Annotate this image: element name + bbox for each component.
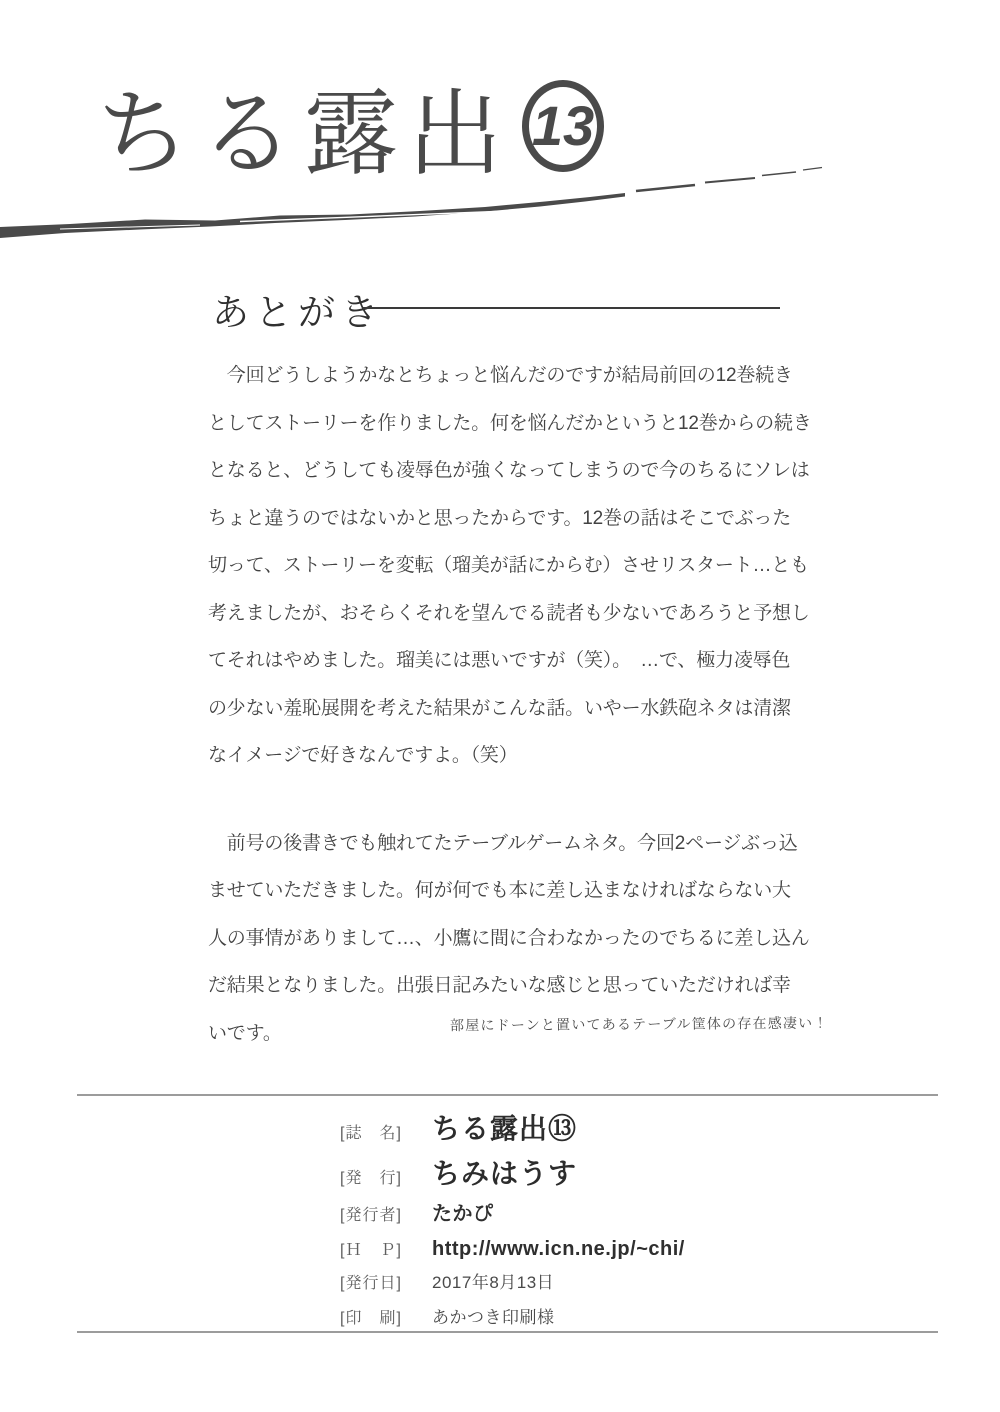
volume-number: 13	[532, 93, 594, 158]
text-line: としてストーリーを作りました。何を悩んだかというと12巻からの続き	[208, 400, 800, 448]
colophon: [誌 名]ちる露出⑬[発 行]ちみはうす[発行者]たかぴ[Ｈ Ｐ]http://…	[340, 1112, 685, 1342]
colophon-label: [印 刷]	[340, 1308, 432, 1330]
colophon-label: [発行者]	[340, 1203, 432, 1228]
book-title-text: ちる露出	[96, 58, 512, 193]
text-line: だ結果となりました。出張日記みたいな感じと思っていただければ幸	[208, 962, 800, 1010]
colophon-row: [誌 名]ちる露出⑬	[340, 1112, 685, 1151]
text-line: ませていただきました。何が何でも本に差し込まなければならない大	[208, 867, 800, 915]
colophon-value: ちみはうす	[432, 1157, 577, 1191]
colophon-label: [発行日]	[340, 1273, 432, 1295]
colophon-row: [印 刷]あかつき印刷様	[340, 1307, 685, 1330]
text-line: てそれはやめました。瑠美には悪いですが（笑）。 …で、極力凌辱色	[208, 637, 800, 685]
colophon-value: http://www.icn.ne.jp/~chi/	[432, 1237, 685, 1262]
colophon-label: [Ｈ Ｐ]	[340, 1238, 432, 1263]
afterword-body: 今回どうしようかなとちょっと悩んだのですが結局前回の12巻続きとしてストーリーを…	[208, 352, 800, 1057]
colophon-value: あかつき印刷様	[432, 1307, 555, 1329]
text-line: 人の事情がありまして…、小鷹に間に合わなかったのでちるに差し込ん	[208, 915, 800, 963]
text-line: の少ない羞恥展開を考えた結果がこんな話。いやー水鉄砲ネタは清潔	[208, 685, 800, 733]
colophon-label: [誌 名]	[340, 1117, 432, 1151]
colophon-label: [発 行]	[340, 1162, 432, 1196]
colophon-value: ちる露出⑬	[432, 1112, 577, 1146]
volume-number-badge: 13	[522, 80, 604, 172]
page: ちる露出 13 あとがき 今回どうしようかなとちょっと悩んだのですが結局前回の1…	[0, 0, 1000, 1412]
text-line: ちょと違うのではないかと思ったからです。12巻の話はそこでぶった	[208, 495, 800, 543]
colophon-top-rule	[77, 1094, 938, 1096]
colophon-row: [発行者]たかぴ	[340, 1202, 685, 1228]
colophon-row: [発行日]2017年8月13日	[340, 1272, 685, 1295]
colophon-bottom-rule	[77, 1331, 938, 1333]
text-line: となると、どうしても凌辱色が強くなってしまうので今のちるにソレは	[208, 447, 800, 495]
heading-rule	[363, 307, 780, 309]
colophon-value: 2017年8月13日	[432, 1272, 554, 1294]
text-line: 切って、ストーリーを変転（瑠美が話にからむ）させリスタート…とも	[208, 542, 800, 590]
paragraph: 今回どうしようかなとちょっと悩んだのですが結局前回の12巻続きとしてストーリーを…	[208, 352, 800, 780]
text-line: なイメージで好きなんですよ。（笑）	[208, 732, 800, 780]
colophon-row: [Ｈ Ｐ]http://www.icn.ne.jp/~chi/	[340, 1237, 685, 1263]
handwritten-note: 部屋にドーンと置いてあるテーブル筐体の存在感凄い！	[450, 1013, 812, 1036]
afterword-heading: あとがき	[212, 282, 384, 336]
text-line: 前号の後書きでも触れてたテーブルゲームネタ。今回2ページぶっ込	[208, 820, 800, 868]
colophon-row: [発 行]ちみはうす	[340, 1157, 685, 1196]
book-title: ちる露出 13	[96, 58, 604, 193]
text-line: 今回どうしようかなとちょっと悩んだのですが結局前回の12巻続き	[208, 352, 800, 400]
colophon-value: たかぴ	[432, 1202, 494, 1227]
text-line: 考えましたが、おそらくそれを望んでる読者も少ないであろうと予想し	[208, 590, 800, 638]
